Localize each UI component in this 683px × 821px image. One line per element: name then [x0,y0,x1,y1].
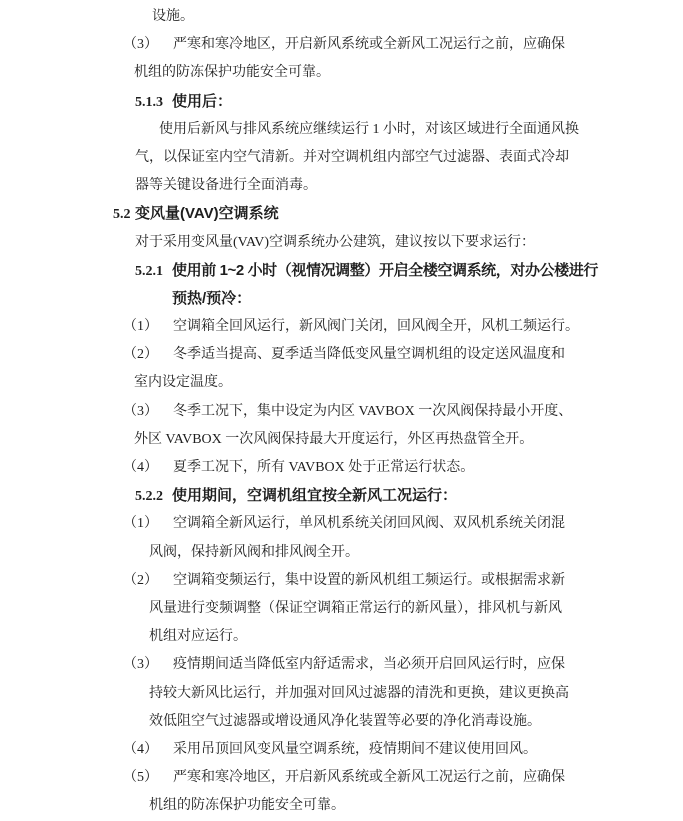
text-line: 机组对应运行。 [149,623,683,651]
heading-text: 预热/预冷： [172,290,251,307]
section-number: 5.2.1 [135,258,172,285]
list-item-number: （3） [123,651,173,679]
list-item-text: 空调箱全回风运行，新风阀门关闭，回风阀全开，风机工频运行。 [173,319,579,334]
list-item-line: （4）夏季工况下，所有 VAVBOX 处于正常运行状态。 [123,454,683,482]
list-item-text: 冬季适当提高、夏季适当降低变风量空调机组的设定送风温度和 [173,347,565,362]
list-item-number: （1） [123,510,173,538]
list-item-number: （2） [123,567,173,595]
list-item-line: （4）采用吊顶回风变风量空调系统，疫情期间不建议使用回风。 [123,736,683,764]
text-line: 使用后新风与排风系统应继续运行 1 小时，对该区域进行全面通风换 [159,116,683,144]
heading-text: 使用前 1~2 小时（视情况调整）开启全楼空调系统，对办公楼进行 [172,262,598,279]
list-item-text: 严寒和寒冷地区，开启新风系统或全新风工况运行之前，应确保 [173,770,565,785]
text-line: 器等关键设备进行全面消毒。 [135,172,683,200]
heading-line: 5.2.2使用期间，空调机组宜按全新风工况运行： [135,482,683,510]
list-item-number: （4） [123,454,173,482]
list-item-text: 冬季工况下，集中设定为内区 VAVBOX 一次风阀保持最小开度、 [173,404,572,419]
text-line: 对于采用变风量(VAV)空调系统办公建筑，建议按以下要求运行： [135,229,683,257]
list-item-number: （2） [123,341,173,369]
text-line: 风阀，保持新风阀和排风阀全开。 [149,539,683,567]
heading-line: 5.1.3使用后： [135,88,683,116]
text-line: 外区 VAVBOX 一次风阀保持最大开度运行，外区再热盘管全开。 [134,426,683,454]
text-line: 设施。 [152,3,683,31]
list-item-line: （5）严寒和寒冷地区，开启新风系统或全新风工况运行之前，应确保 [123,764,683,792]
list-item-line: （3）疫情期间适当降低室内舒适需求，当必须开启回风运行时，应保 [123,651,683,679]
list-item-line: （3）冬季工况下，集中设定为内区 VAVBOX 一次风阀保持最小开度、 [123,398,683,426]
list-item-text: 夏季工况下，所有 VAVBOX 处于正常运行状态。 [173,460,474,475]
heading-line: 5.2.1使用前 1~2 小时（视情况调整）开启全楼空调系统，对办公楼进行 [135,257,683,285]
list-item-number: （1） [123,313,173,341]
text-line: 效低阻空气过滤器或增设通风净化装置等必要的净化消毒设施。 [149,708,683,736]
list-item-line: （1）空调箱全新风运行，单风机系统关闭回风阀、双风机系统关闭混 [123,510,683,538]
list-item-text: 疫情期间适当降低室内舒适需求，当必须开启回风运行时，应保 [173,657,565,672]
list-item-text: 采用吊顶回风变风量空调系统，疫情期间不建议使用回风。 [173,742,537,757]
text-line: 机组的防冻保护功能安全可靠。 [134,59,683,87]
list-item-text: 空调箱全新风运行，单风机系统关闭回风阀、双风机系统关闭混 [173,516,565,531]
list-item-number: （5） [123,764,173,792]
heading-line: 5.2变风量(VAV)空调系统 [113,200,683,228]
list-item-text: 空调箱变频运行，集中设置的新风机组工频运行。或根据需求新 [173,573,565,588]
list-item-line: （2）空调箱变频运行，集中设置的新风机组工频运行。或根据需求新 [123,567,683,595]
text-line: 室内设定温度。 [134,369,683,397]
text-line: 风量进行变频调整（保证空调箱正常运行的新风量），排风机与新风 [149,595,683,623]
section-number: 5.2.2 [135,483,172,510]
list-item-line: （3）严寒和寒冷地区，开启新风系统或全新风工况运行之前，应确保 [123,31,683,59]
list-item-text: 严寒和寒冷地区，开启新风系统或全新风工况运行之前，应确保 [173,37,565,52]
section-number: 5.2 [113,201,135,228]
heading-text: 变风量(VAV)空调系统 [135,205,279,222]
text-line: 机组的防冻保护功能安全可靠。 [149,792,683,820]
list-item-line: （2）冬季适当提高、夏季适当降低变风量空调机组的设定送风温度和 [123,341,683,369]
text-line: 气，以保证室内空气清新。并对空调机组内部空气过滤器、表面式冷却 [135,144,683,172]
list-item-line: （1）空调箱全回风运行，新风阀门关闭，回风阀全开，风机工频运行。 [123,313,683,341]
section-number: 5.1.3 [135,89,172,116]
document-page: 设施。 （3）严寒和寒冷地区，开启新风系统或全新风工况运行之前，应确保 机组的防… [0,0,683,821]
heading-line: 预热/预冷： [172,285,683,313]
text-line: 持较大新风比运行，并加强对回风过滤器的清洗和更换，建议更换高 [149,680,683,708]
list-item-number: （3） [123,31,173,59]
heading-text: 使用后： [172,93,232,110]
list-item-number: （3） [123,398,173,426]
heading-text: 使用期间，空调机组宜按全新风工况运行： [172,487,457,504]
list-item-number: （4） [123,736,173,764]
